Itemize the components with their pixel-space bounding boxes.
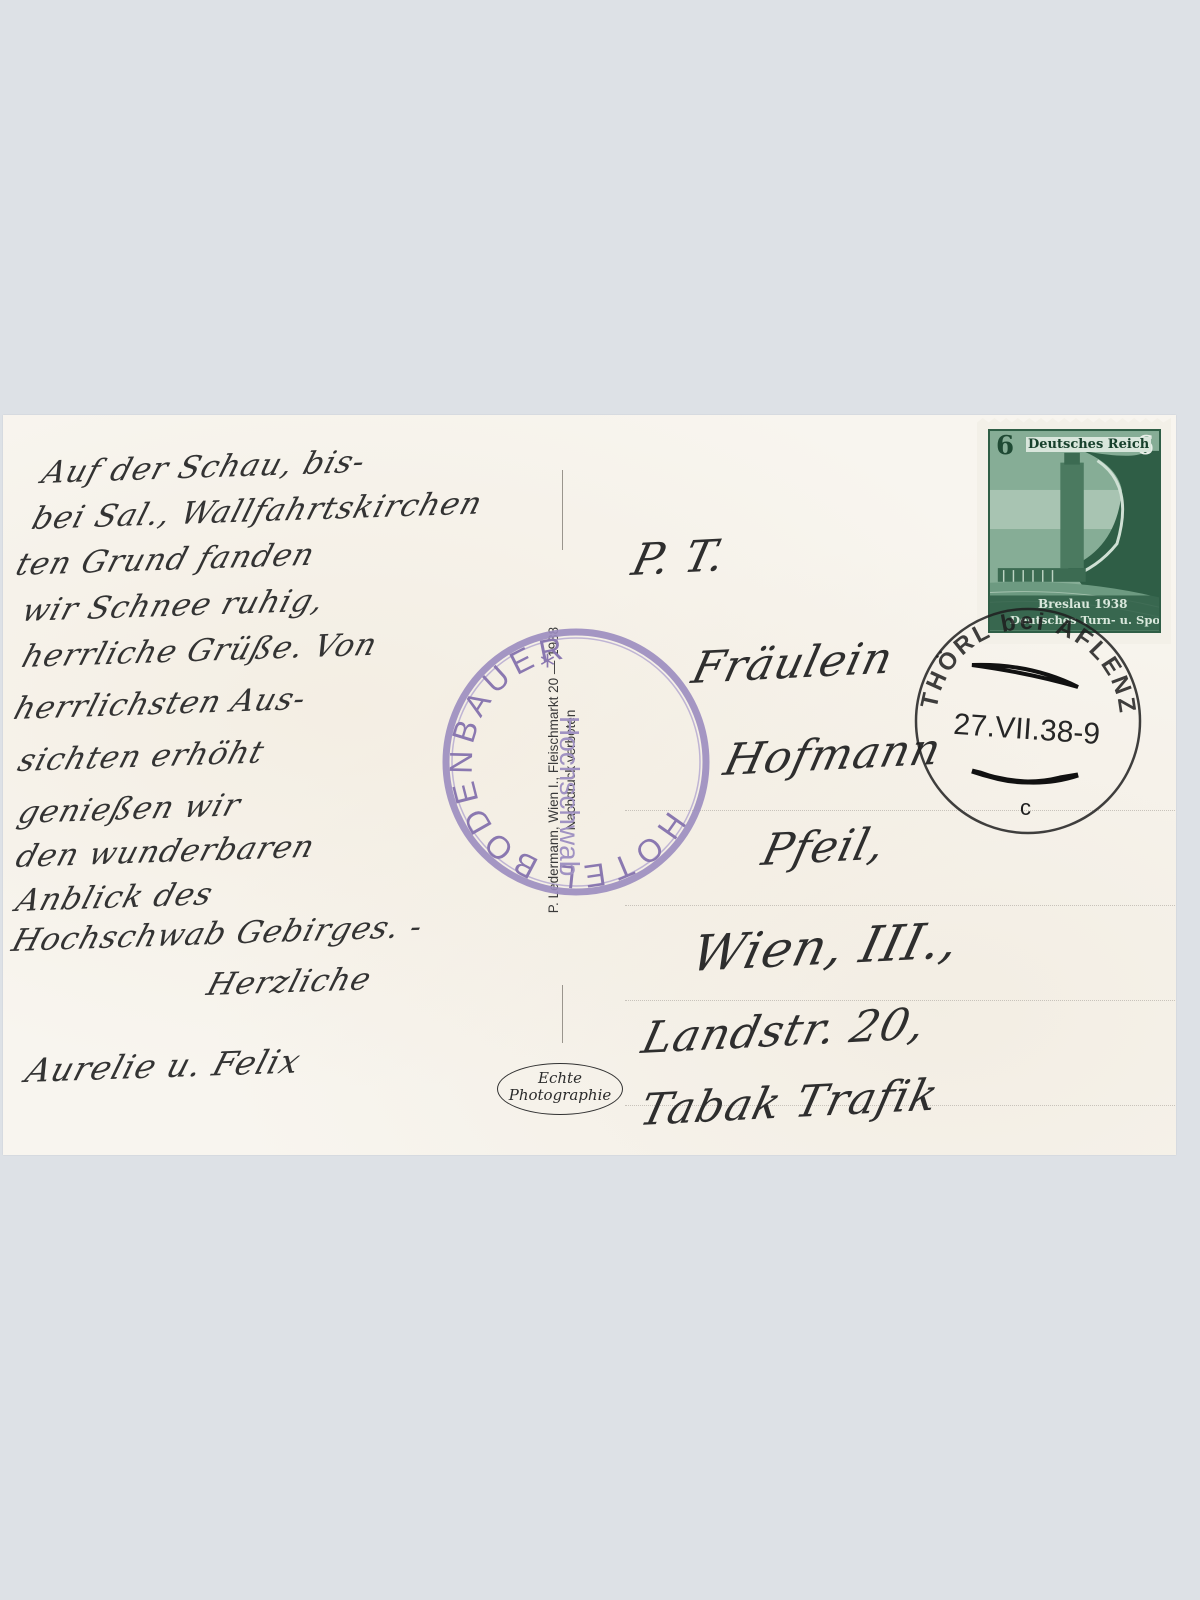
message-line: wir Schnee ruhig, — [18, 583, 329, 629]
svg-text:Hochschwab: Hochschwab — [554, 716, 585, 876]
address-line: Fräulein — [687, 633, 898, 694]
photo-mark: Echte Photographie — [497, 1063, 623, 1115]
message-line: herrliche Grüße. Von — [18, 627, 382, 675]
svg-text:27.VII.38-9: 27.VII.38-9 — [952, 708, 1101, 751]
stamp-denomination: 6 — [996, 431, 1014, 461]
svg-text:c: c — [1020, 795, 1031, 820]
message-line: herrlichsten Aus- — [10, 681, 311, 727]
stamp-country: Deutsches Reich — [1026, 437, 1151, 452]
hotel-stamp: HOTEL BODENBAUER * Hochschwab — [440, 626, 712, 898]
photo-mark-line: Echte — [498, 1070, 622, 1087]
address-salutation: P. T. — [627, 530, 731, 586]
address-line-rule — [625, 905, 1175, 906]
svg-text:*: * — [540, 649, 555, 684]
postmark-icon: THÖRL bei AFLENZ 27.VII.38-9 c — [910, 603, 1146, 839]
address-line: Pfeil, — [757, 819, 891, 876]
postmark: THÖRL bei AFLENZ 27.VII.38-9 c — [910, 603, 1146, 839]
message-line: ten Grund fanden — [12, 537, 320, 583]
address-line: Tabak Trafik — [635, 1070, 944, 1136]
message-line: bei Sal., Wallfahrtskirchen — [28, 486, 487, 537]
message-line: sichten erhöht — [14, 735, 269, 779]
message-line: Auf der Schau, bis- — [38, 444, 370, 491]
address-line: Wien, III., — [686, 911, 965, 983]
closing: Herzliche — [203, 961, 376, 1003]
message-line: genießen wir — [14, 787, 245, 831]
signature: Aurelie u. Felix — [21, 1042, 305, 1090]
address-line: Landstr. 20, — [637, 998, 931, 1063]
message-line: Anblick des — [12, 876, 218, 919]
photo-mark-line: Photographie — [498, 1087, 622, 1104]
divider-line — [562, 470, 563, 550]
svg-text:THÖRL bei AFLENZ: THÖRL bei AFLENZ — [916, 608, 1141, 717]
message-line: den wunderbaren — [12, 829, 320, 875]
hotel-stamp-icon: HOTEL BODENBAUER * Hochschwab — [440, 626, 712, 898]
